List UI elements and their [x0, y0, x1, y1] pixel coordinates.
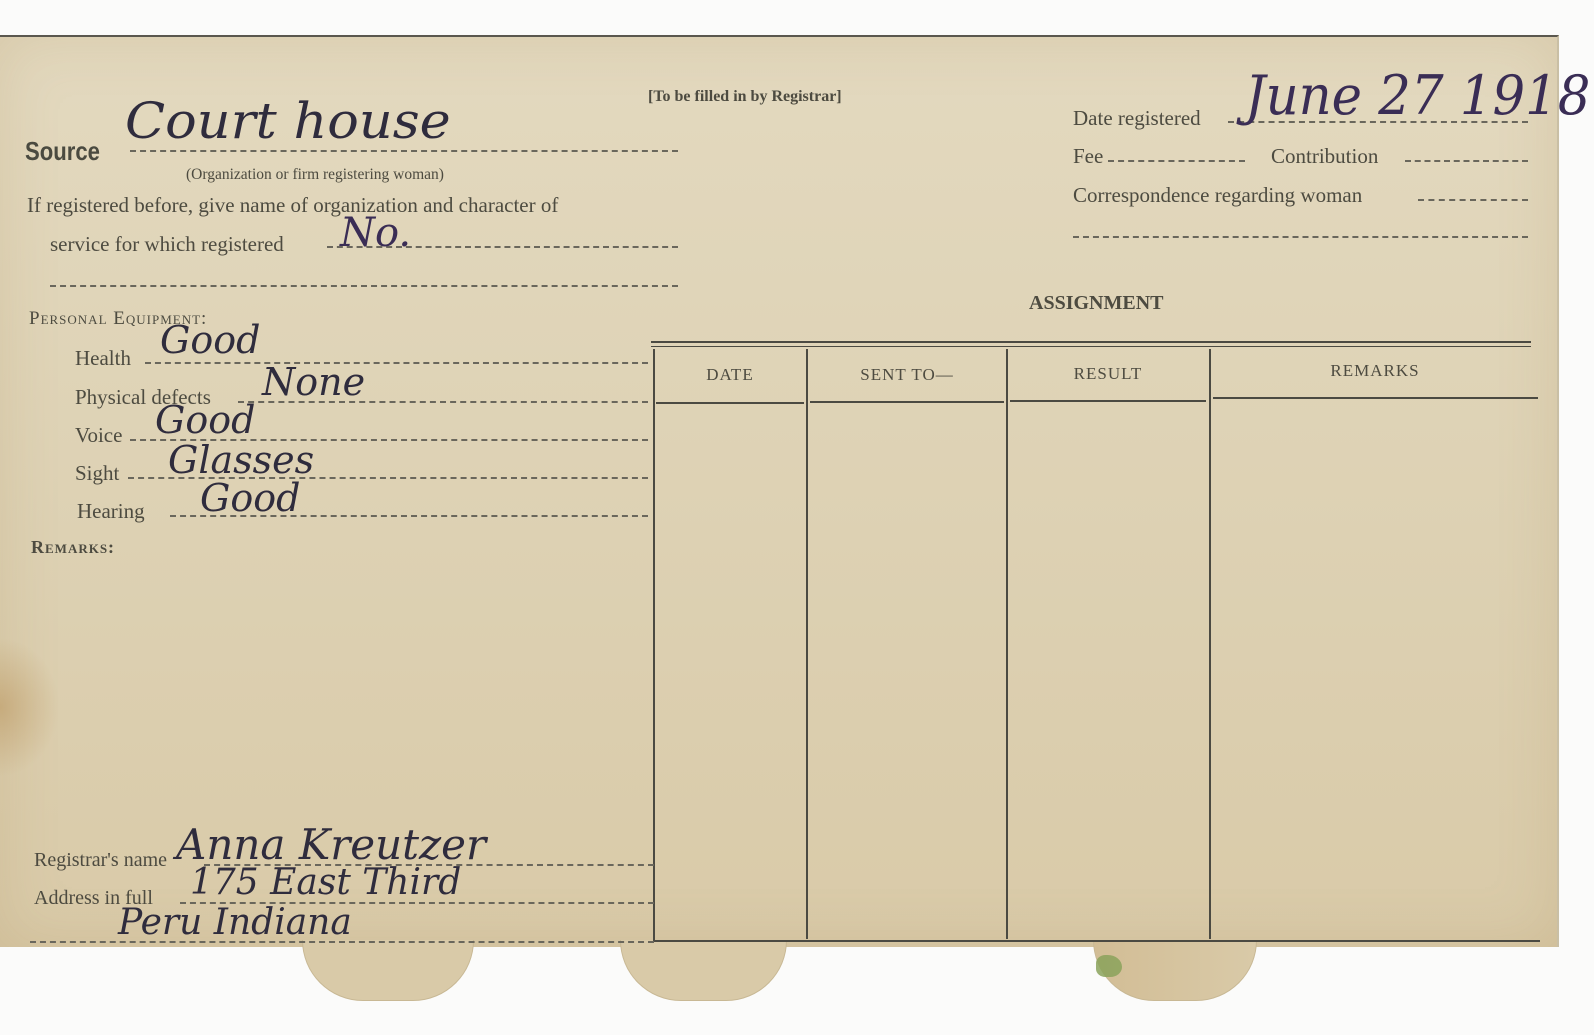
remarks-label: Remarks: [31, 537, 115, 558]
col-divider-3 [1209, 349, 1211, 939]
column-header-result: RESULT [1008, 364, 1208, 384]
date-registered-label: Date registered [1073, 106, 1201, 131]
address-line1-value[interactable]: 175 East Third [190, 862, 461, 903]
sight-label: Sight [75, 461, 119, 486]
header-note: [To be filled in by Registrar] [648, 88, 842, 106]
column-header-sent-to: SENT TO— [808, 365, 1006, 385]
column-header-date: DATE [655, 365, 805, 385]
header-underline-sent-to [810, 401, 1004, 403]
card-tab-left [302, 940, 474, 1001]
prior-registration-line-2 [50, 285, 678, 287]
col-divider-2 [1006, 349, 1008, 939]
voice-value[interactable]: Good [155, 398, 255, 442]
fee-line[interactable] [1108, 160, 1245, 162]
correspondence-line[interactable] [1418, 199, 1528, 201]
header-underline-remarks [1213, 397, 1538, 399]
correspondence-line-2[interactable] [1073, 236, 1528, 238]
table-bottom-rule [655, 940, 1540, 942]
mold-spot [1096, 955, 1122, 977]
contribution-line[interactable] [1405, 160, 1528, 162]
card-tab-middle [620, 940, 787, 1001]
assignment-top-rule [651, 341, 1531, 343]
source-line [130, 150, 678, 152]
source-value[interactable]: Court house [125, 92, 451, 150]
health-label: Health [75, 346, 131, 371]
assignment-title: ASSIGNMENT [1029, 292, 1163, 315]
correspondence-label: Correspondence regarding woman [1073, 183, 1362, 208]
source-caption: (Organization or firm registering woman) [186, 166, 444, 184]
prior-registration-value[interactable]: No. [340, 210, 411, 256]
contribution-label: Contribution [1271, 144, 1378, 169]
hearing-label: Hearing [77, 499, 145, 524]
table-border-left [653, 349, 655, 942]
prior-registration-question: If registered before, give name of organ… [27, 193, 558, 218]
source-label: Source [25, 136, 100, 167]
hearing-value[interactable]: Good [200, 476, 300, 520]
fee-label: Fee [1073, 144, 1103, 169]
health-line [145, 362, 648, 364]
health-value[interactable]: Good [160, 318, 260, 362]
column-header-remarks: REMARKS [1211, 361, 1539, 381]
col-divider-1 [806, 349, 808, 939]
header-underline-date [656, 402, 804, 404]
header-underline-result [1010, 400, 1206, 402]
voice-label: Voice [75, 423, 122, 448]
prior-registration-question-2: service for which registered [50, 232, 284, 257]
registrar-name-label: Registrar's name [34, 849, 167, 872]
physical-defects-value[interactable]: None [262, 360, 365, 404]
assignment-top-rule-2 [651, 346, 1531, 347]
date-registered-value[interactable]: June 27 1918 [1245, 64, 1590, 127]
address-line2-value[interactable]: Peru Indiana [118, 902, 352, 943]
paper-stain [0, 637, 60, 777]
